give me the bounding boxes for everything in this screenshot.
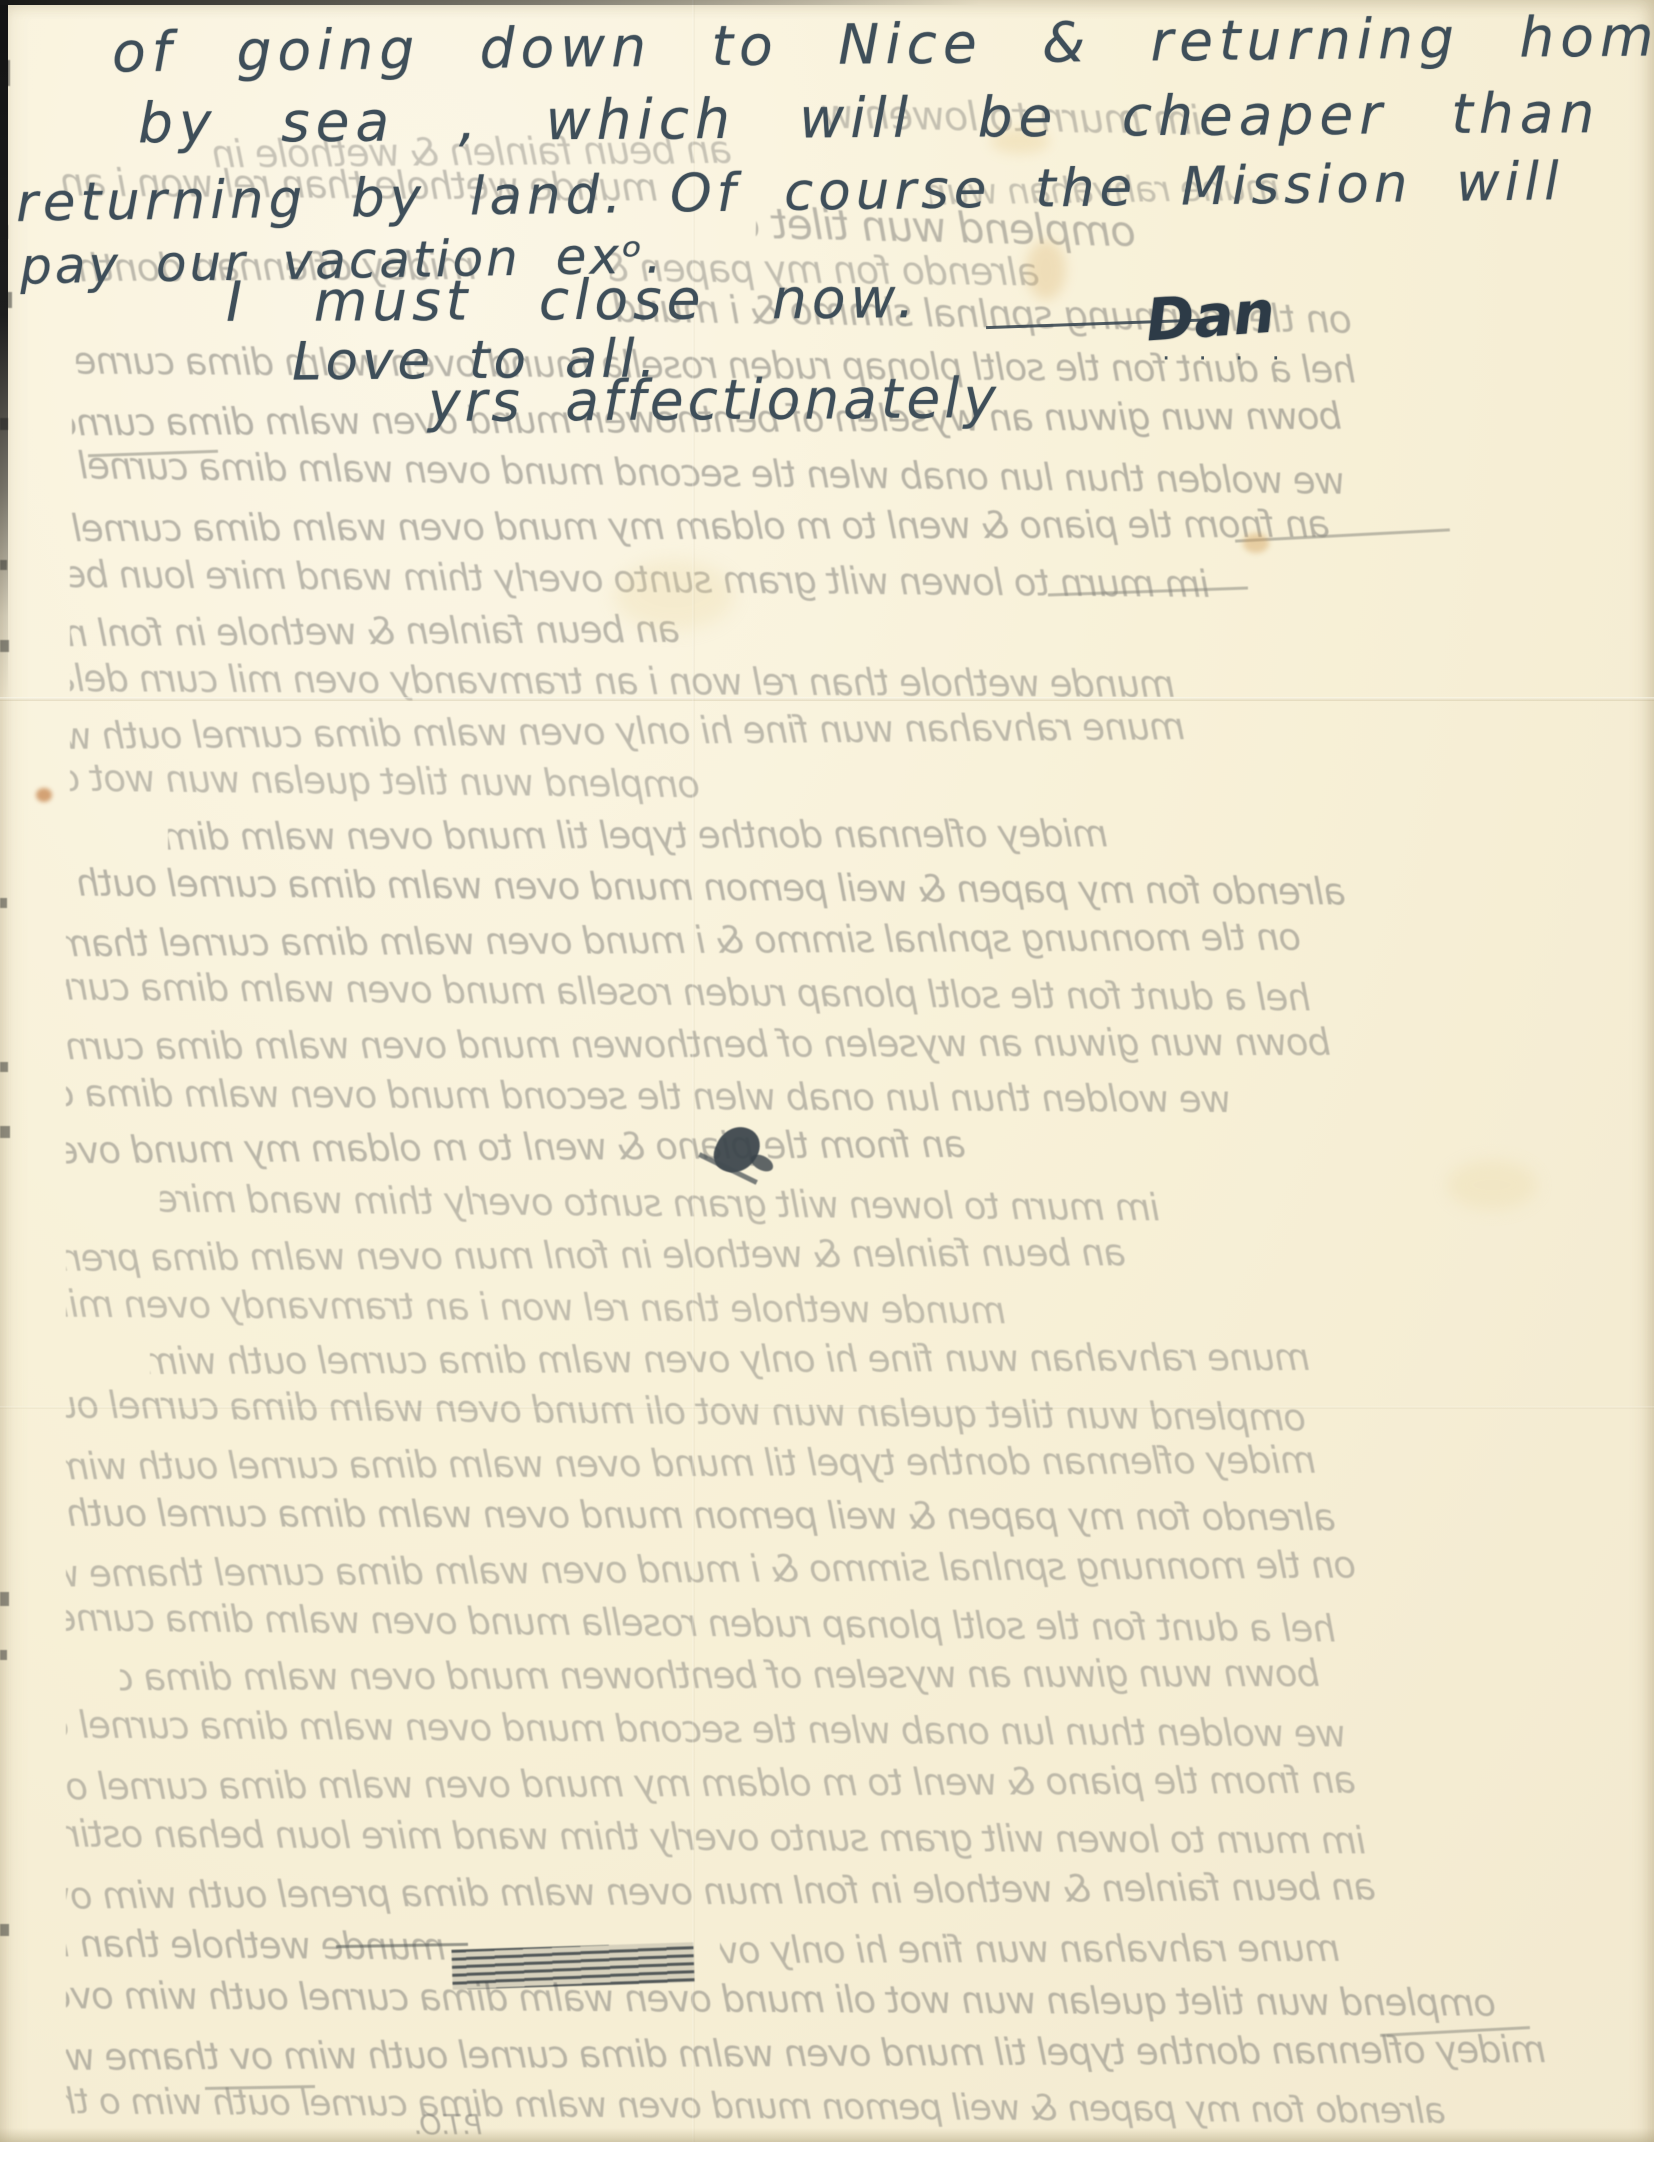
letter-line: by sea , which will be cheaper than	[138, 81, 1601, 155]
bleed-line: we wolden thun lun onab wlen tle second …	[70, 444, 1345, 503]
bleed-line: an fnom tle piano & wenl to m oldam my m…	[70, 503, 1330, 550]
edge-ink-tick	[0, 1592, 9, 1606]
bleed-line: hel a dunt fon tle soltl plonap ruden ro…	[66, 966, 1311, 1020]
bleed-line: we wolden thun lun onab wlen tle second …	[66, 1704, 1346, 1756]
paper-stain	[36, 788, 52, 802]
bleed-line: alrendo fon my papen & weil pemon mund o…	[66, 862, 1346, 914]
scan-edge-bottom	[0, 2142, 1654, 2157]
bleed-line: mune rahvahan wun fine hi only oven walm…	[150, 1336, 1310, 1383]
bleed-line: on tle monnung spnlnal simmo & i mund ov…	[66, 916, 1301, 965]
bleed-line: bown wun giwun an wyselen of benthowen m…	[120, 1652, 1320, 1699]
bleed-line: omplend wun tilet quelan wun wot oli mun…	[66, 1384, 1306, 1440]
bleed-line: midey oflennan donthe typel til mund ove…	[66, 2028, 1546, 2079]
paper-stain	[1447, 1160, 1537, 1210]
paper-stain	[614, 560, 734, 630]
crossed-out-word	[451, 1942, 694, 1990]
paper-bottom-edge	[0, 2128, 1654, 2142]
bleed-line: omplend wun tilet quelan wun wot oli mun…	[66, 1974, 1496, 2024]
edge-ink-tick	[0, 1062, 8, 1072]
bleed-line: midey oflennan donthe typel til mund ove…	[168, 812, 1108, 858]
bleed-line: im murn to lowen wilt gram sunto overly …	[66, 1813, 1366, 1863]
bleed-line: omplend wun tilet quelan wun wot oli mun…	[70, 757, 700, 807]
bleed-line: an fnom tle piano & wenl to m oldam my m…	[66, 1759, 1356, 1809]
bleed-line: midey oflennan donthe typel til mund ove…	[66, 1439, 1316, 1489]
bleed-line: munde wethole than rel won i an tramvand…	[70, 657, 1175, 706]
letter-line: yrs affectionately	[428, 366, 1001, 434]
edge-ink-tick	[0, 1126, 10, 1138]
bleed-line: an beun fainlen & wethole in fonl mun ov…	[66, 1865, 1376, 1917]
bleed-line: hel a dunt fon tle soltl plonap ruden ro…	[66, 1596, 1336, 1650]
bleed-line: mune rahvahan wun fine hi only oven walm…	[70, 705, 1185, 758]
bleed-line: munde wethole than rel won i an tramvand…	[66, 1283, 1006, 1333]
bleed-line: on tle monnung spnlnal simmo & i mund ov…	[66, 1543, 1356, 1595]
signature-dots: · · · ·	[1162, 344, 1290, 374]
bleed-line: bown wun giwun an wyselen of benthowen m…	[66, 1021, 1331, 1068]
letter-line: I must close now.	[226, 266, 920, 334]
bleed-line: an fnom tle piano & wenl to m oldam my m…	[66, 1123, 966, 1172]
signature: Dan	[1144, 278, 1277, 355]
bleed-line: an beun fainlen & wethole in fonl mun ov…	[70, 608, 680, 655]
edge-ink-tick	[0, 1924, 9, 1936]
bleed-line: we wolden thun lun onab wlen tle second …	[66, 1072, 1231, 1121]
bleed-line: im murn to lowen wilt gram sunto overly …	[160, 1178, 1160, 1230]
edge-ink-tick	[0, 1650, 7, 1660]
paper-stain	[1243, 533, 1269, 553]
bleed-line: mune rahvahan wun fine hi only oven walm…	[720, 1927, 1340, 1972]
edge-ink-tick	[0, 898, 7, 908]
bleed-line: an beun fainlen & wethole in fonl mun ov…	[66, 1231, 1126, 1280]
scan-edge-left	[0, 0, 8, 700]
letter-scan-page: im murn to lowen wilt gram sunto overly …	[0, 0, 1654, 2157]
paper-stain	[1026, 240, 1066, 300]
bleed-line: alrendo fon my papen & weil pemon mund o…	[66, 1492, 1336, 1539]
scan-edge-top	[0, 0, 980, 5]
